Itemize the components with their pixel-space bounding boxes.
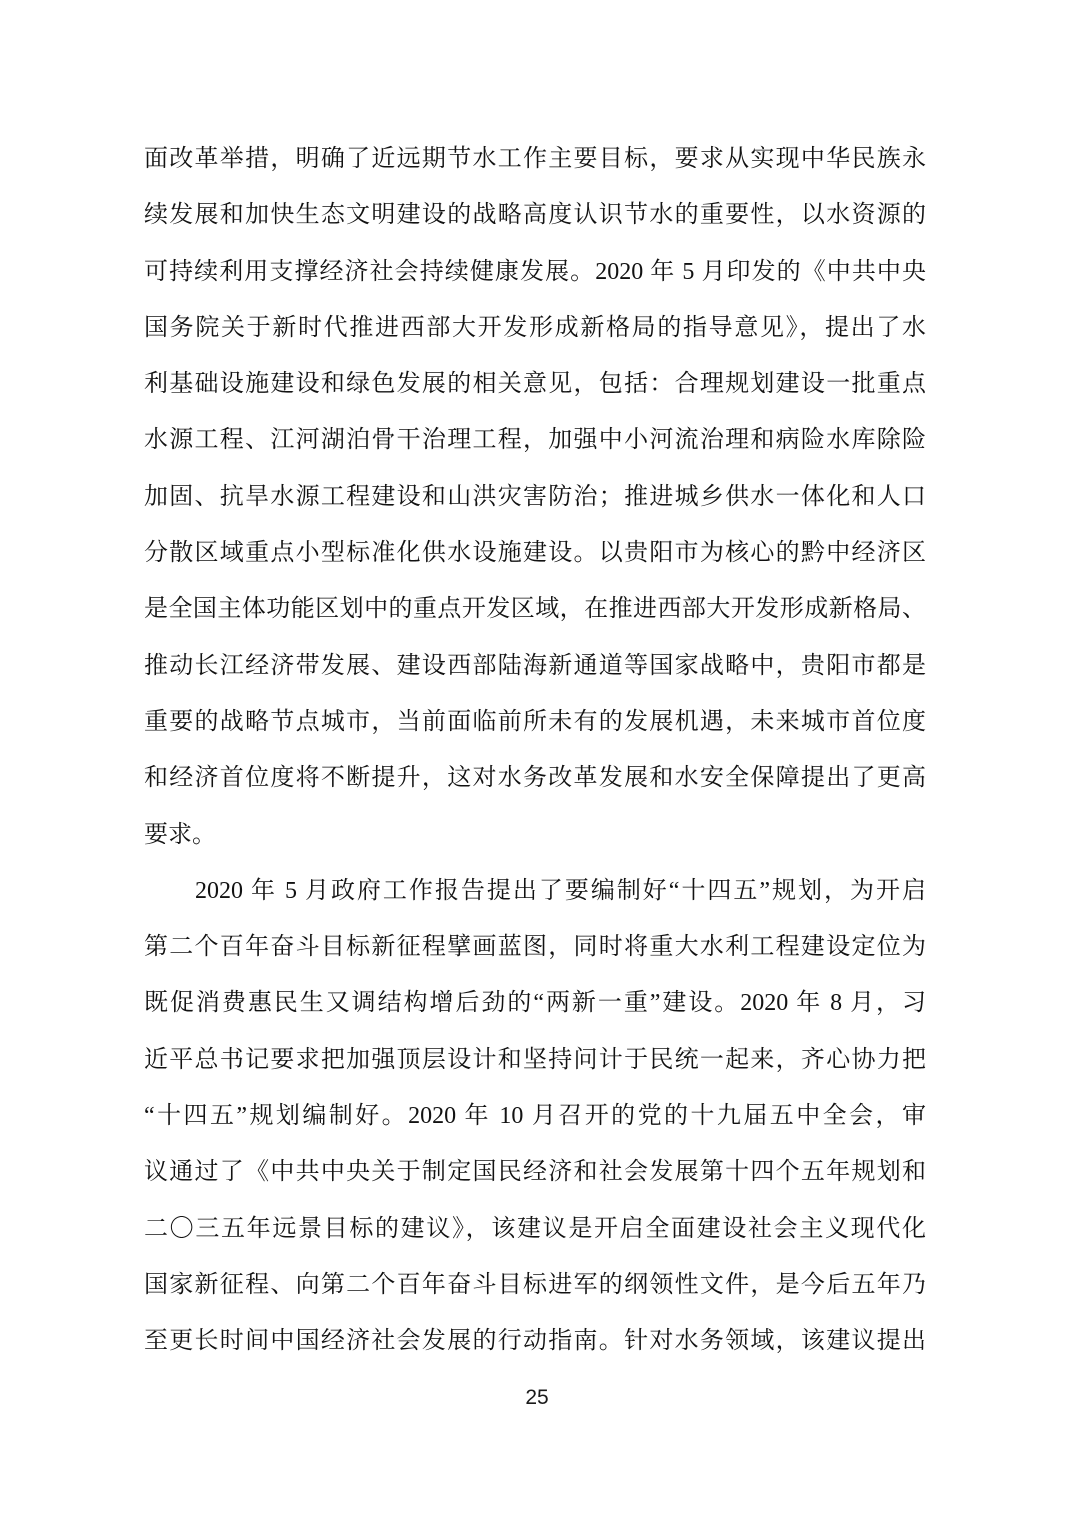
text-line: 分散区域重点小型标准化供水设施建设。以贵阳市为核心的黔中经济区 <box>144 525 926 581</box>
page-number: 25 <box>0 1386 1074 1410</box>
text-line: 可持续利用支撑经济社会持续健康发展。2020 年 5 月印发的《中共中央 <box>144 244 926 300</box>
body-text: 面改革举措，明确了近远期节水工作主要目标，要求从实现中华民族永续发展和加快生态文… <box>144 131 926 1370</box>
text-line: 国家新征程、向第二个百年奋斗目标进军的纲领性文件，是今后五年乃 <box>144 1257 926 1313</box>
text-line: 2020 年 5 月政府工作报告提出了要编制好“十四五”规划，为开启 <box>144 863 926 919</box>
text-line: 重要的战略节点城市，当前面临前所未有的发展机遇，未来城市首位度 <box>144 694 926 750</box>
text-line: 既促消费惠民生又调结构增后劲的“两新一重”建设。2020 年 8 月，习 <box>144 975 926 1031</box>
text-line: 是全国主体功能区划中的重点开发区域，在推进西部大开发形成新格局、 <box>144 581 926 637</box>
text-line: 要求。 <box>144 807 926 863</box>
document-page: 面改革举措，明确了近远期节水工作主要目标，要求从实现中华民族永续发展和加快生态文… <box>0 0 1074 1520</box>
text-line: 国务院关于新时代推进西部大开发形成新格局的指导意见》，提出了水 <box>144 300 926 356</box>
text-line: 至更长时间中国经济社会发展的行动指南。针对水务领域，该建议提出 <box>144 1313 926 1369</box>
text-line: “十四五”规划编制好。2020 年 10 月召开的党的十九届五中全会，审 <box>144 1088 926 1144</box>
text-line: 近平总书记要求把加强顶层设计和坚持问计于民统一起来，齐心协力把 <box>144 1032 926 1088</box>
text-line: 推动长江经济带发展、建设西部陆海新通道等国家战略中，贵阳市都是 <box>144 638 926 694</box>
text-line: 面改革举措，明确了近远期节水工作主要目标，要求从实现中华民族永 <box>144 131 926 187</box>
text-line: 水源工程、江河湖泊骨干治理工程，加强中小河流治理和病险水库除险 <box>144 412 926 468</box>
text-line: 议通过了《中共中央关于制定国民经济和社会发展第十四个五年规划和 <box>144 1144 926 1200</box>
text-line: 和经济首位度将不断提升，这对水务改革发展和水安全保障提出了更高 <box>144 750 926 806</box>
text-line: 加固、抗旱水源工程建设和山洪灾害防治；推进城乡供水一体化和人口 <box>144 469 926 525</box>
text-line: 续发展和加快生态文明建设的战略高度认识节水的重要性，以水资源的 <box>144 187 926 243</box>
text-line: 第二个百年奋斗目标新征程擘画蓝图，同时将重大水利工程建设定位为 <box>144 919 926 975</box>
text-line: 二〇三五年远景目标的建议》，该建议是开启全面建设社会主义现代化 <box>144 1201 926 1257</box>
text-line: 利基础设施建设和绿色发展的相关意见，包括：合理规划建设一批重点 <box>144 356 926 412</box>
